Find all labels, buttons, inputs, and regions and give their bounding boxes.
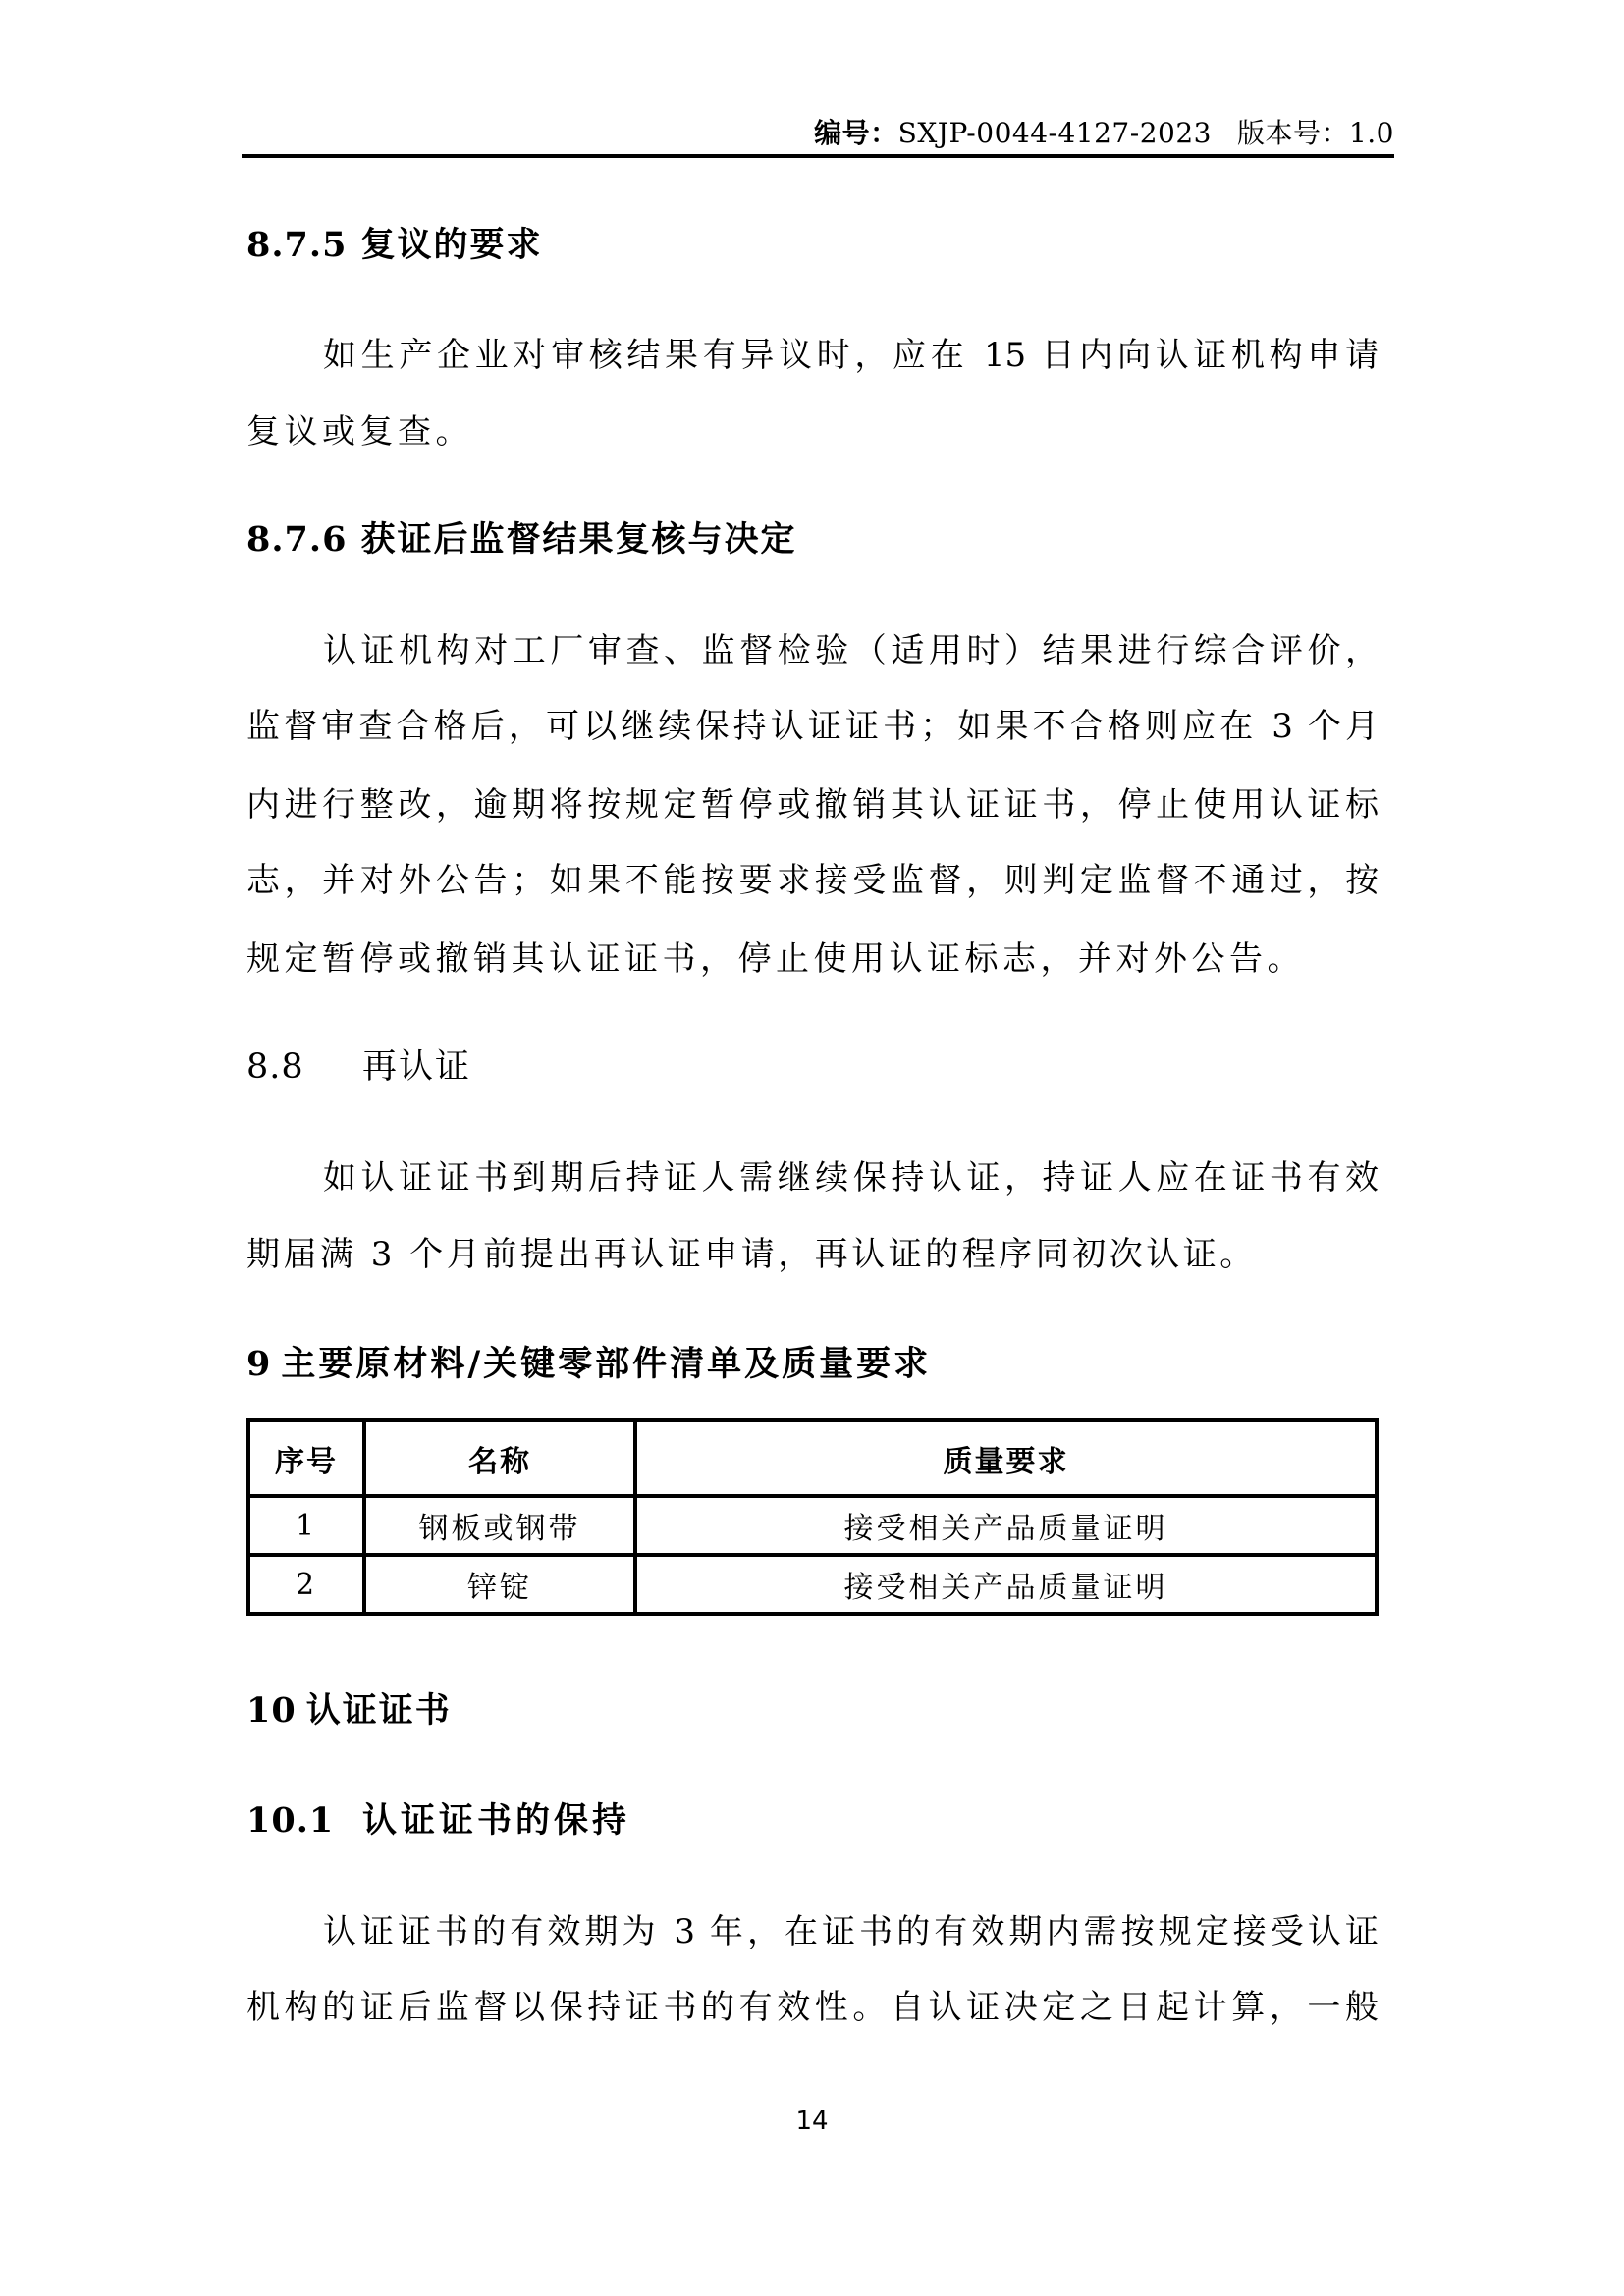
section-heading-10-1: 10.1认证证书的保持 bbox=[246, 1797, 630, 1844]
section-heading-10: 10认证证书 bbox=[246, 1687, 452, 1735]
page-number: 14 bbox=[0, 2106, 1624, 2137]
paragraph-line: 内进行整改，逾期将按规定暂停或撤销其认证证书，停止使用认证标 bbox=[246, 783, 1379, 827]
column-header-name: 名称 bbox=[364, 1420, 635, 1496]
table-row: 1 钢板或钢带 接受相关产品质量证明 bbox=[248, 1496, 1377, 1555]
paragraph-line: 复议或复查。 bbox=[246, 410, 1385, 454]
page-header: 编号：SXJP-0044-4127-2023版本号：1.0 bbox=[242, 110, 1394, 157]
version-number: 1.0 bbox=[1349, 117, 1394, 149]
doc-number-label: 编号： bbox=[814, 117, 898, 149]
paragraph-line: 如认证证书到期后持证人需继续保持认证，持证人应在证书有效 bbox=[246, 1156, 1379, 1200]
version-label: 版本号： bbox=[1237, 117, 1349, 149]
paragraph-line: 志，并对外公告；如果不能按要求接受监督，则判定监督不通过，按 bbox=[246, 859, 1379, 902]
section-number: 10.1 bbox=[246, 1797, 362, 1844]
column-header-quality: 质量要求 bbox=[635, 1420, 1377, 1496]
section-heading-8-7-5: 8.7.5复议的要求 bbox=[246, 222, 542, 269]
table-row: 2 锌锭 接受相关产品质量证明 bbox=[248, 1555, 1377, 1614]
doc-number: SXJP-0044-4127-2023 bbox=[898, 117, 1212, 149]
section-number: 8.8 bbox=[246, 1043, 362, 1091]
paragraph-line: 机构的证后监督以保持证书的有效性。自认证决定之日起计算，一般 bbox=[246, 1986, 1379, 2029]
paragraph-line: 监督审查合格后，可以继续保持认证证书；如果不合格则应在 3 个月 bbox=[246, 705, 1379, 748]
section-title: 认证证书的保持 bbox=[362, 1800, 630, 1841]
section-number: 8.7.5 bbox=[246, 222, 347, 269]
cell-index: 2 bbox=[248, 1555, 364, 1614]
column-header-index: 序号 bbox=[248, 1420, 364, 1496]
section-title: 获证后监督结果复核与决定 bbox=[360, 519, 796, 560]
paragraph-line: 认证证书的有效期为 3 年，在证书的有效期内需按规定接受认证 bbox=[246, 1910, 1379, 1953]
section-heading-8-8: 8.8再认证 bbox=[246, 1043, 471, 1091]
section-heading-9: 9主要原材料/关键零部件清单及质量要求 bbox=[246, 1341, 931, 1388]
section-heading-8-7-6: 8.7.6获证后监督结果复核与决定 bbox=[246, 516, 796, 563]
cell-name: 锌锭 bbox=[364, 1555, 635, 1614]
cell-index: 1 bbox=[248, 1496, 364, 1555]
materials-table: 序号 名称 质量要求 1 钢板或钢带 接受相关产品质量证明 2 锌锭 接受相关产… bbox=[246, 1418, 1379, 1616]
section-number: 8.7.6 bbox=[246, 516, 347, 563]
header-rule bbox=[242, 154, 1394, 158]
cell-name: 钢板或钢带 bbox=[364, 1496, 635, 1555]
section-title: 主要原材料/关键零部件清单及质量要求 bbox=[281, 1344, 931, 1384]
paragraph-line: 期届满 3 个月前提出再认证申请，再认证的程序同初次认证。 bbox=[246, 1233, 1385, 1276]
paragraph-line: 认证机构对工厂审查、监督检验（适用时）结果进行综合评价， bbox=[246, 629, 1379, 672]
paragraph-line: 如生产企业对审核结果有异议时，应在 15 日内向认证机构申请 bbox=[246, 334, 1379, 377]
section-number: 10 bbox=[246, 1687, 297, 1735]
paragraph-line: 规定暂停或撤销其认证证书，停止使用认证标志，并对外公告。 bbox=[246, 937, 1385, 981]
section-title: 认证证书 bbox=[306, 1690, 452, 1731]
section-title: 复议的要求 bbox=[360, 225, 542, 265]
cell-quality: 接受相关产品质量证明 bbox=[635, 1555, 1377, 1614]
cell-quality: 接受相关产品质量证明 bbox=[635, 1496, 1377, 1555]
table-header-row: 序号 名称 质量要求 bbox=[248, 1420, 1377, 1496]
section-number: 9 bbox=[246, 1341, 271, 1388]
section-title: 再认证 bbox=[362, 1047, 471, 1087]
